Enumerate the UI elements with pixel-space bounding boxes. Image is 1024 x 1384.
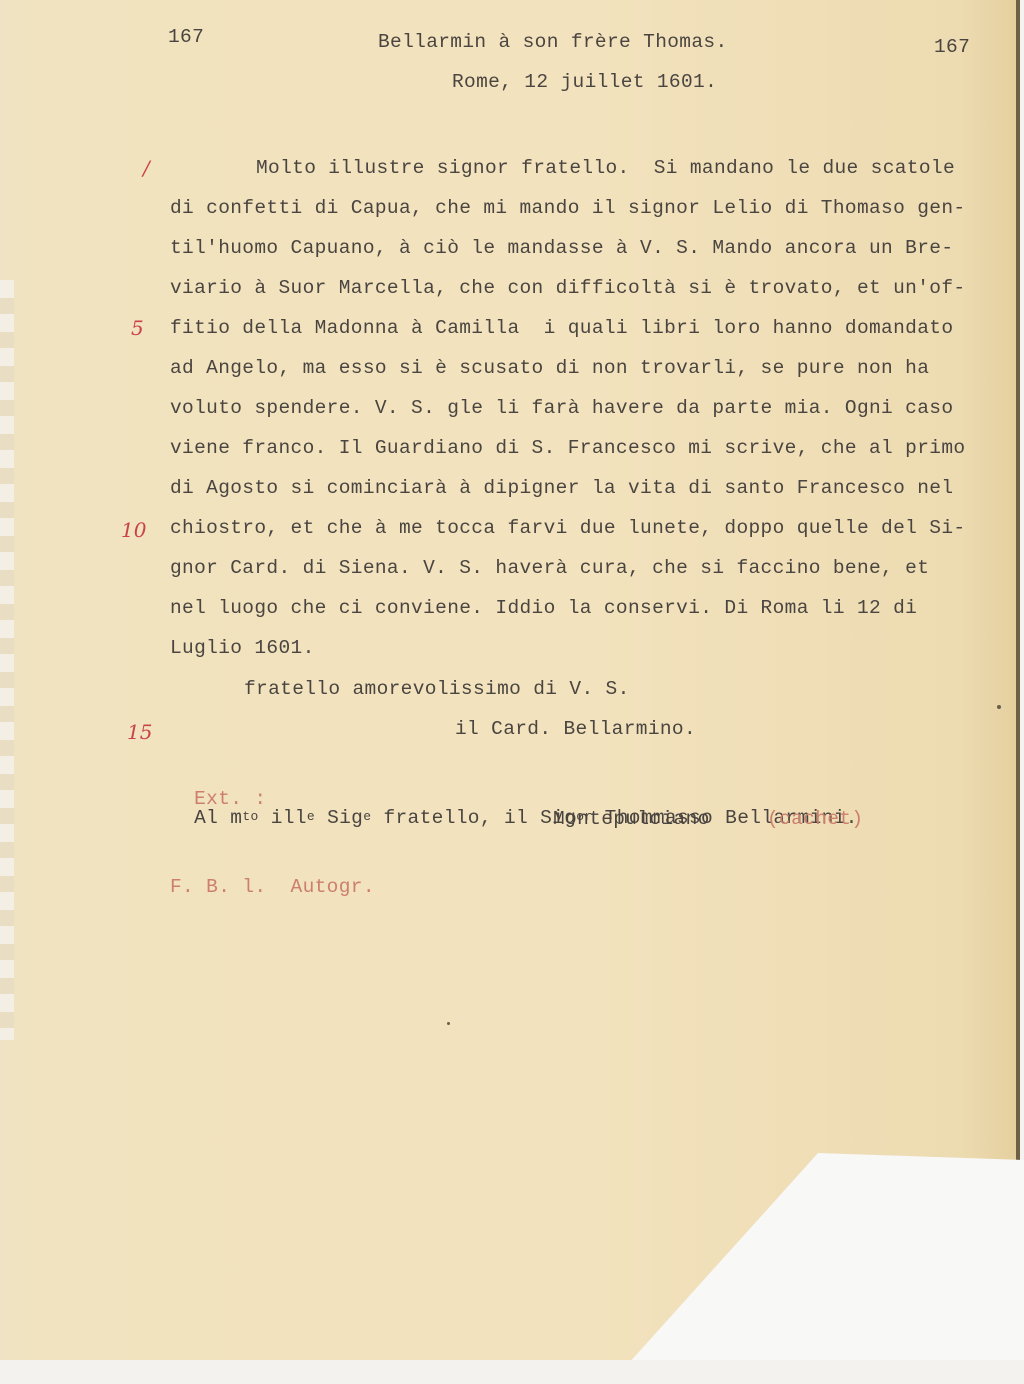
address-line: Ext. : Al mto ille Sige fratello, il Sig…	[170, 770, 858, 829]
letter-closing: fratello amorevolissimo di V. S.	[244, 680, 630, 700]
place-date: Rome, 12 juillet 1601.	[452, 73, 717, 93]
letter-line: viene franco. Il Guardiano di S. Frances…	[170, 439, 965, 459]
page-right-edge	[1016, 0, 1020, 1160]
letter-signature: il Card. Bellarmino.	[455, 720, 696, 740]
letter-title: Bellarmin à son frère Thomas.	[378, 33, 728, 53]
letter-line: Luglio 1601.	[170, 639, 315, 659]
margin-line-number-5: 5	[131, 318, 144, 338]
letter-line: gnor Card. di Siena. V. S. haverà cura, …	[170, 559, 929, 579]
letter-line: di confetti di Capua, che mi mando il si…	[170, 199, 965, 219]
paper-speck	[997, 705, 1001, 709]
page-number-right: 167	[934, 38, 970, 58]
letter-line: chiostro, et che à me tocca farvi due lu…	[170, 519, 965, 539]
letter-line: viario à Suor Marcella, che con difficol…	[170, 279, 965, 299]
paper-speck	[447, 1022, 450, 1025]
letter-line: voluto spendere. V. S. gle li farà haver…	[170, 399, 953, 419]
letter-line: Molto illustre signor fratello. Si manda…	[256, 159, 955, 179]
letter-line: di Agosto si cominciarà à dipigner la vi…	[170, 479, 953, 499]
letter-line: nel luogo che ci conviene. Iddio la cons…	[170, 599, 917, 619]
binding-edge	[0, 280, 14, 1040]
letter-line: til'huomo Capuano, à ciò le mandasse à V…	[170, 239, 953, 259]
letter-line: ad Angelo, ma esso si è scusato di non t…	[170, 359, 929, 379]
page-number-left: 167	[168, 28, 204, 48]
letter-line: fitio della Madonna à Camilla i quali li…	[170, 319, 953, 339]
seal-note: (cachet)	[767, 810, 863, 830]
address-city: Montepulciano	[553, 810, 710, 830]
margin-line-number-1: /	[143, 158, 150, 178]
source-note: F. B. l. Autogr.	[170, 878, 375, 898]
scan-bottom-margin	[0, 1360, 1024, 1384]
margin-line-number-10: 10	[121, 520, 146, 540]
margin-line-number-15: 15	[127, 722, 152, 742]
